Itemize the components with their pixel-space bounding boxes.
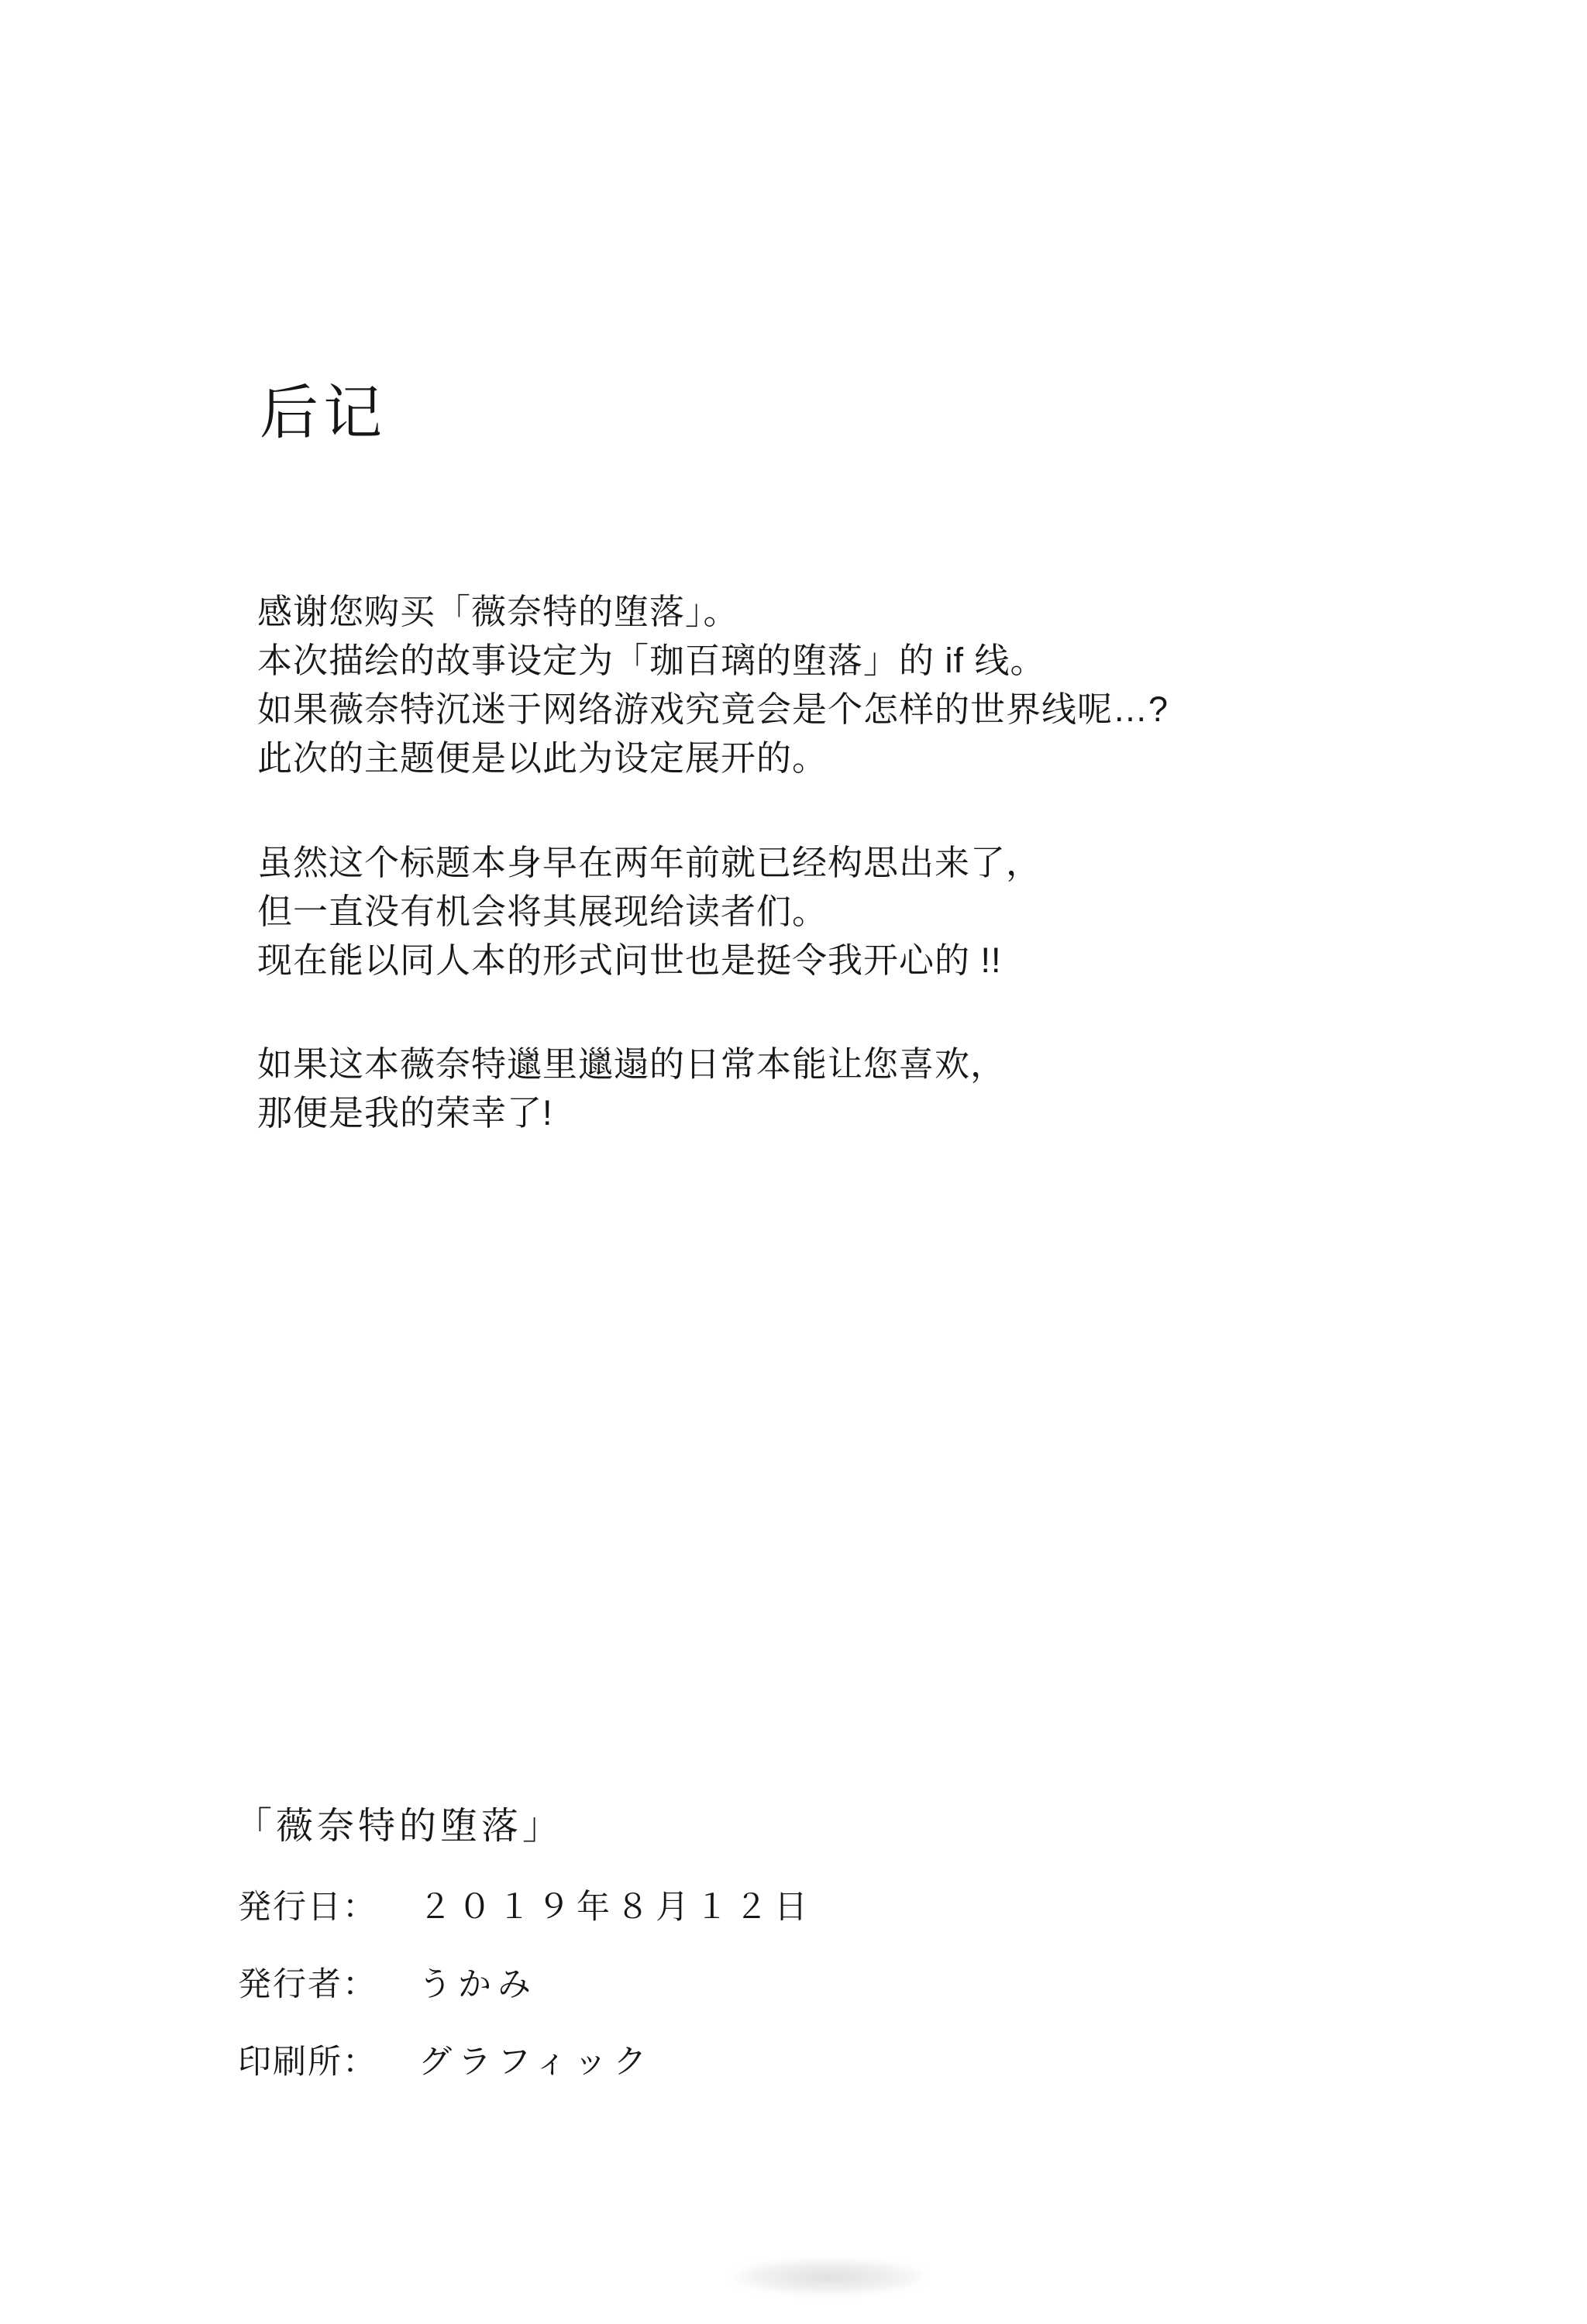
text-line: 如果薇奈特沉迷于网络游戏究竟会是个怎样的世界线呢…? (257, 685, 1169, 734)
publication-date-label: 発行日： (238, 1881, 377, 1928)
text-line: 但一直没有机会将其展现给读者们。 (257, 887, 1041, 936)
text-line: 现在能以同人本的形式问世也是挺令我开心的 !! (257, 936, 1041, 985)
colophon-book-title: 「薇奈特的堕落」 (235, 1796, 563, 1849)
publisher-label: 発行者： (238, 1958, 377, 2006)
text-line: 那便是我的荣幸了! (257, 1088, 1006, 1137)
scan-artifact (732, 2258, 926, 2295)
paragraph-intro: 感谢您购买「薇奈特的堕落」。 本次描绘的故事设定为「珈百璃的堕落」的 if 线。… (257, 587, 1169, 782)
afterword-page: 后记 感谢您购买「薇奈特的堕落」。 本次描绘的故事设定为「珈百璃的堕落」的 if… (0, 0, 1587, 2324)
text-line: 虽然这个标题本身早在两年前就已经构思出来了， (257, 838, 1041, 887)
printer-label: 印刷所： (238, 2036, 377, 2083)
paragraph-background: 虽然这个标题本身早在两年前就已经构思出来了， 但一直没有机会将其展现给读者们。 … (257, 838, 1041, 985)
publisher-value: うかみ (418, 1958, 537, 2006)
text-line: 此次的主题便是以此为设定展开的。 (257, 734, 1169, 782)
text-line: 如果这本薇奈特邋里邋遢的日常本能让您喜欢， (257, 1040, 1006, 1088)
page-title: 后记 (260, 366, 387, 450)
text-line: 感谢您购买「薇奈特的堕落」。 (257, 587, 1169, 636)
printer-value: グラフィック (418, 2036, 653, 2083)
publication-date-value: ２０１９年８月１２日 (418, 1881, 814, 1928)
paragraph-closing: 如果这本薇奈特邋里邋遢的日常本能让您喜欢， 那便是我的荣幸了! (257, 1040, 1006, 1137)
text-line: 本次描绘的故事设定为「珈百璃的堕落」的 if 线。 (257, 636, 1169, 685)
